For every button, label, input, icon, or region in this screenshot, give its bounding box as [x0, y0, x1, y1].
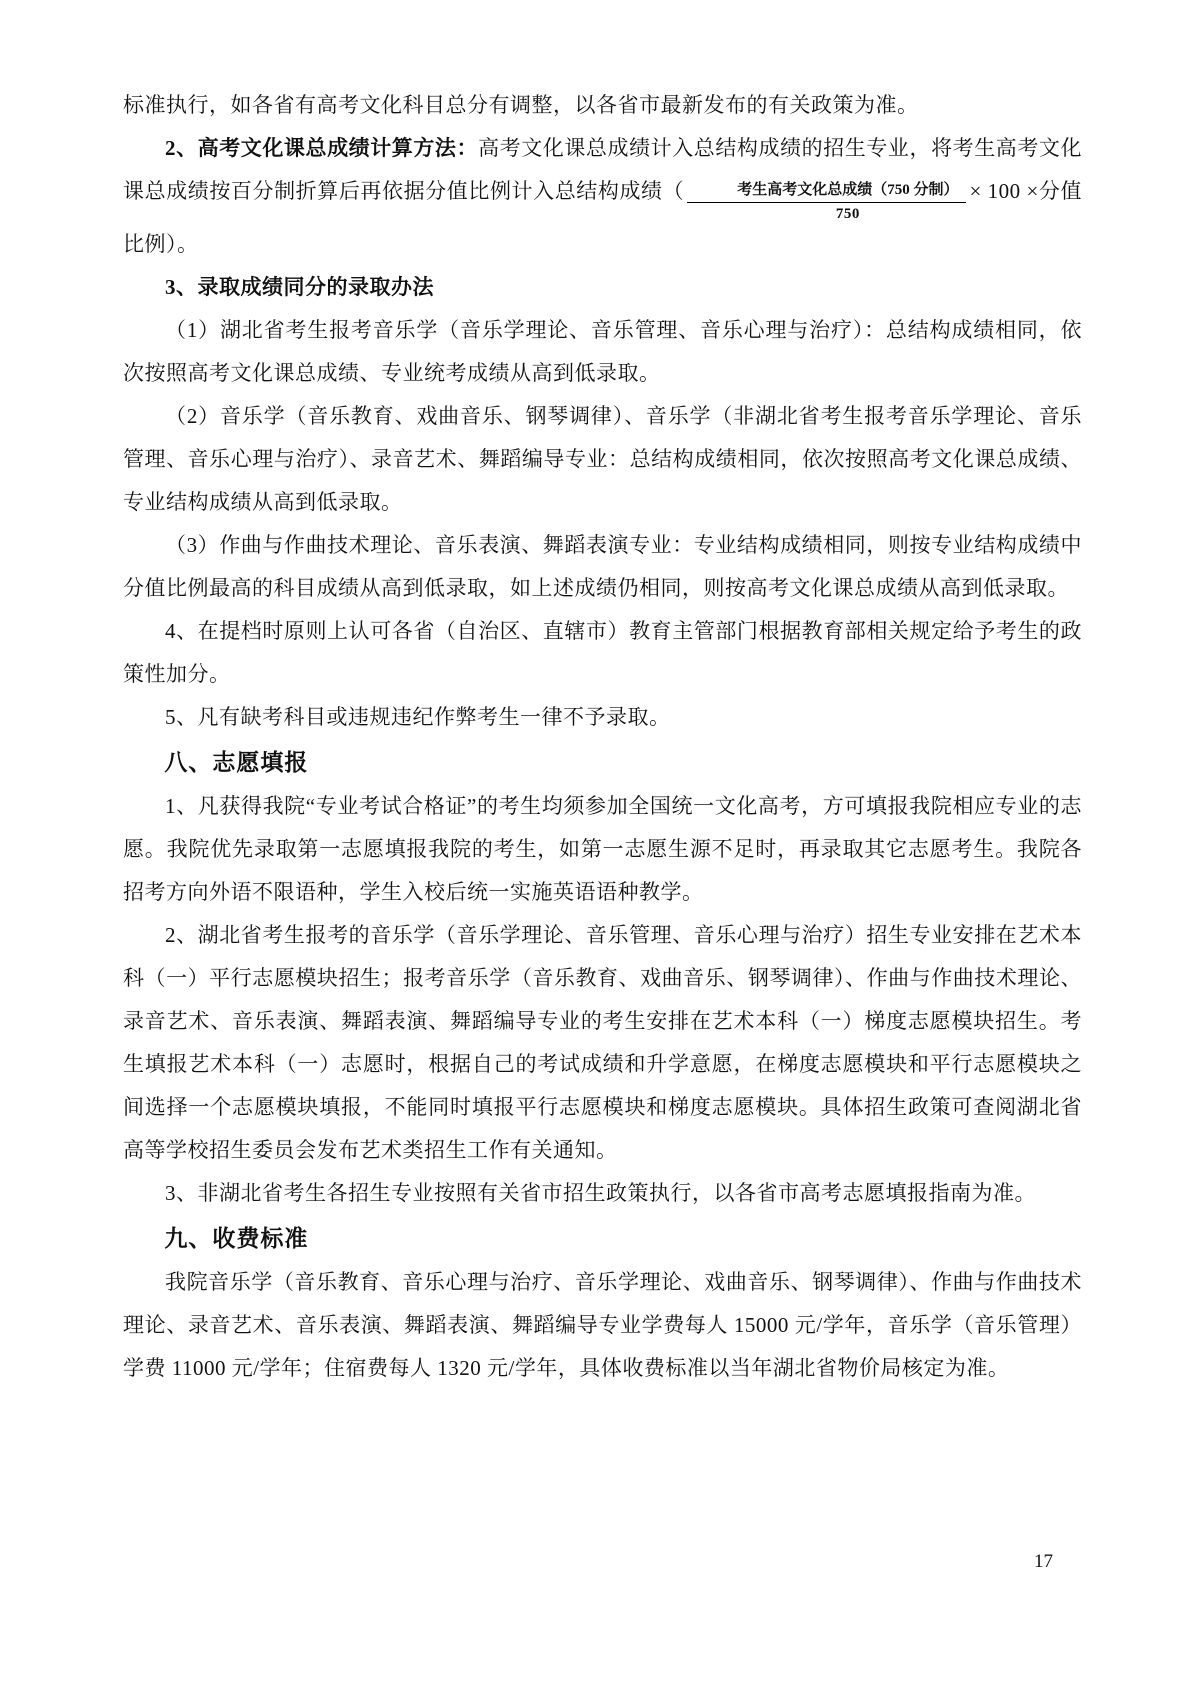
text-run: 4、在提档时原则上认可各省（自治区、直辖市）教育主管部门根据教育部相关规定给予考…: [123, 619, 1082, 686]
text-run: 3、非湖北省考生各招生专业按照有关省市招生政策执行，以各省市高考志愿填报指南为准…: [165, 1181, 1036, 1205]
paragraph: （1）湖北省考生报考音乐学（音乐学理论、音乐管理、音乐心理与治疗）：总结构成绩相…: [123, 309, 1082, 395]
page-number: 17: [1034, 1550, 1053, 1574]
paragraph: 5、凡有缺考科目或违规违纪作弊考生一律不予录取。: [123, 696, 1082, 739]
paragraph: 4、在提档时原则上认可各省（自治区、直辖市）教育主管部门根据教育部相关规定给予考…: [123, 610, 1082, 696]
text-run: 3、录取成绩同分的录取办法: [165, 275, 434, 299]
text-run: 标准执行，如各省有高考文化科目总分有调整，以各省市最新发布的有关政策为准。: [123, 93, 919, 117]
paragraph: 标准执行，如各省有高考文化科目总分有调整，以各省市最新发布的有关政策为准。: [123, 84, 1082, 127]
text-run: （2）音乐学（音乐教育、戏曲音乐、钢琴调律）、音乐学（非湖北省考生报考音乐学理论…: [123, 404, 1082, 514]
fraction-numerator: 考生高考文化总成绩（750 分制）: [687, 178, 966, 203]
section-heading: 九、收费标准: [123, 1215, 1082, 1261]
document-page: 标准执行，如各省有高考文化科目总分有调整，以各省市最新发布的有关政策为准。2、高…: [0, 0, 1200, 1696]
paragraph: 3、录取成绩同分的录取办法: [123, 266, 1082, 309]
text-run: 1、凡获得我院“专业考试合格证”的考生均须参加全国统一文化高考，方可填报我院相应…: [123, 794, 1082, 904]
fraction-denominator: 750: [687, 203, 966, 223]
paragraph: 1、凡获得我院“专业考试合格证”的考生均须参加全国统一文化高考，方可填报我院相应…: [123, 785, 1082, 914]
section-heading: 八、志愿填报: [123, 739, 1082, 785]
text-run: 5、凡有缺考科目或违规违纪作弊考生一律不予录取。: [165, 705, 671, 729]
text-run: 八、志愿填报: [164, 749, 308, 775]
text-run: 九、收费标准: [164, 1225, 308, 1251]
paragraph: 2、高考文化课总成绩计算方法：高考文化课总成绩计入总结构成绩的招生专业，将考生高…: [123, 127, 1082, 266]
text-run: （3）作曲与作曲技术理论、音乐表演、舞蹈表演专业：专业结构成绩相同，则按专业结构…: [123, 533, 1082, 600]
text-run: 我院音乐学（音乐教育、音乐心理与治疗、音乐学理论、戏曲音乐、钢琴调律）、作曲与作…: [123, 1270, 1082, 1380]
paragraph: 3、非湖北省考生各招生专业按照有关省市招生政策执行，以各省市高考志愿填报指南为准…: [123, 1172, 1082, 1215]
formula-fraction: 考生高考文化总成绩（750 分制）750: [687, 178, 966, 223]
document-body: 标准执行，如各省有高考文化科目总分有调整，以各省市最新发布的有关政策为准。2、高…: [123, 84, 1082, 1390]
paragraph: （3）作曲与作曲技术理论、音乐表演、舞蹈表演专业：专业结构成绩相同，则按专业结构…: [123, 524, 1082, 610]
text-run: （1）湖北省考生报考音乐学（音乐学理论、音乐管理、音乐心理与治疗）：总结构成绩相…: [123, 318, 1082, 385]
text-run: 2、湖北省考生报考的音乐学（音乐学理论、音乐管理、音乐心理与治疗）招生专业安排在…: [123, 923, 1082, 1162]
paragraph: （2）音乐学（音乐教育、戏曲音乐、钢琴调律）、音乐学（非湖北省考生报考音乐学理论…: [123, 395, 1082, 524]
paragraph: 2、湖北省考生报考的音乐学（音乐学理论、音乐管理、音乐心理与治疗）招生专业安排在…: [123, 914, 1082, 1172]
text-run: 2、高考文化课总成绩计算方法：: [165, 136, 478, 160]
paragraph: 我院音乐学（音乐教育、音乐心理与治疗、音乐学理论、戏曲音乐、钢琴调律）、作曲与作…: [123, 1261, 1082, 1390]
